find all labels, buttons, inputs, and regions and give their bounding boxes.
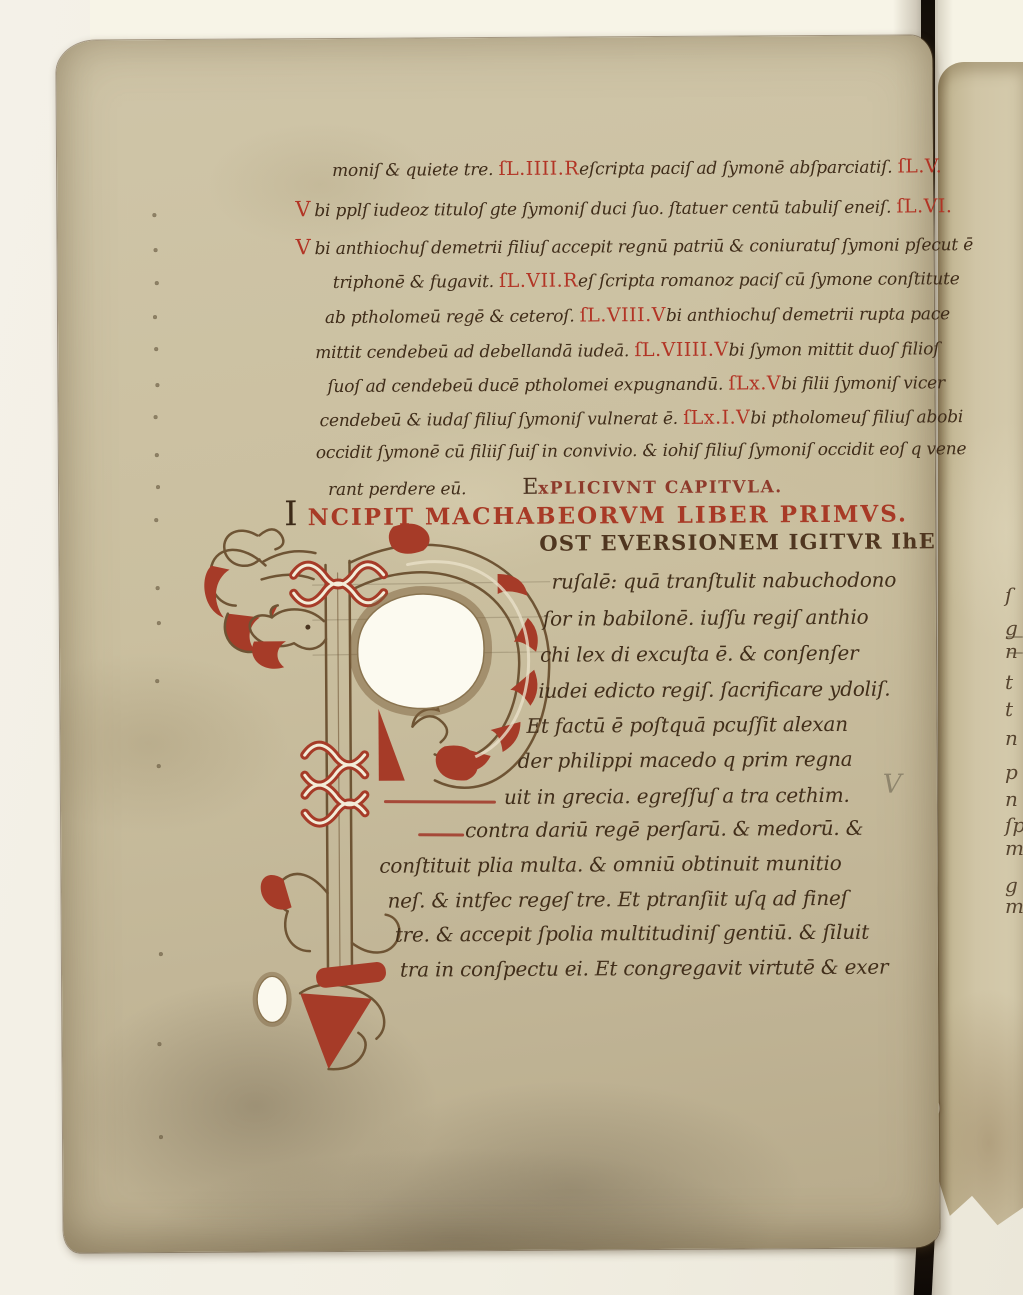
letter-fragment: t bbox=[1005, 672, 1013, 692]
pricking-hole bbox=[157, 1042, 161, 1046]
text-line: contra dariū regē perſarū. & medorū. & bbox=[465, 816, 863, 842]
letter-fragment: ſ bbox=[1005, 585, 1012, 605]
pricking-hole bbox=[157, 621, 161, 625]
capitula-line: Vbi anthiochuſ demetrii filiuſ accepit r… bbox=[295, 231, 973, 260]
capitula-text: bi ſymon mittit duoſ filioſ bbox=[729, 339, 940, 360]
text-line: uit in grecia. egreſſuſ a tra cethim. bbox=[504, 783, 850, 809]
capitula-text: eſcripta paciſ ad ſymonē abſparciatiſ. bbox=[579, 158, 898, 180]
pricking-hole bbox=[154, 518, 158, 522]
rubric-initial: V bbox=[295, 197, 310, 221]
capitula-text: bi anthiochuſ demetrii rupta pace bbox=[666, 304, 950, 326]
capitula-text: eſ ſcripta romanoz paciſ cū ſymone conſt… bbox=[578, 269, 960, 291]
chapter-numeral: ſL.VII.R bbox=[499, 270, 578, 292]
letter-fragment: n bbox=[1005, 728, 1018, 748]
chapter-numeral: ſLx.V bbox=[728, 372, 781, 394]
pricking-hole bbox=[157, 764, 161, 768]
chapter-numeral: ſL.V. bbox=[898, 155, 943, 177]
chapter-numeral: ſL.VIIII.V bbox=[634, 339, 728, 362]
text-line: tre. & accepit ſpolia multitudiniſ genti… bbox=[395, 920, 869, 947]
show-through-letter: V bbox=[883, 772, 902, 798]
text-line: ruſalē: quā tranſtulit nabuchodono bbox=[552, 568, 897, 594]
capitula-text: occidit ſymonē cū filiiſ ſuiſ in convivi… bbox=[316, 439, 967, 463]
opening-display-line: OST EVERSIONEM IGITVR IhE bbox=[539, 530, 936, 553]
explicit-initial: E bbox=[522, 475, 538, 500]
text-line: tra in conſpectu ei. Et congregavit virt… bbox=[400, 955, 888, 982]
capitula-line: occidit ſymonē cū filiiſ ſuiſ in convivi… bbox=[316, 439, 967, 463]
capitula-text: rant perdere eū. bbox=[328, 479, 466, 500]
photo-backdrop: { "colors": { "rubric_red": "#b23425", "… bbox=[0, 0, 1023, 1295]
letter-fragment: g bbox=[1005, 618, 1018, 638]
pricking-hole bbox=[159, 1135, 163, 1139]
capitula-line: ſuoſ ad cendebeū ducē ptholomei expugnan… bbox=[327, 371, 945, 398]
capitula-text: bi ptholomeuſ filiuſ abobi bbox=[750, 407, 963, 428]
letter-fragment: g bbox=[1005, 875, 1018, 895]
pricking-hole bbox=[154, 248, 158, 252]
capitula-text: bi anthiochuſ demetrii filiuſ accepit re… bbox=[314, 235, 973, 259]
text-line: iudei edicto regiſ. ſacrificare ydoliſ. bbox=[538, 677, 890, 703]
letter-fragment: p bbox=[1005, 762, 1018, 782]
capitula-text: triphonē & fugavit. bbox=[333, 272, 499, 293]
text-line: conſtituit plia multa. & omniū obtinuit … bbox=[379, 851, 841, 878]
chapter-numeral: ſL.IIII.R bbox=[498, 157, 579, 179]
letter-fragment: t bbox=[1005, 699, 1013, 719]
red-line-filler bbox=[418, 833, 464, 836]
pricking-hole bbox=[155, 679, 159, 683]
text-line: neſ. & intfec regeſ tre. Et ptranſiit uſ… bbox=[387, 886, 847, 913]
capitula-text: bi pplſ iudeoz tituloſ gte ſymoniſ duci … bbox=[314, 198, 896, 222]
chapter-numeral: ſL.VI. bbox=[896, 195, 952, 217]
pricking-hole bbox=[154, 347, 158, 351]
capitula-text: mittit cendebeū ad debellandā iudeā. bbox=[315, 341, 634, 363]
pricking-hole bbox=[156, 586, 160, 590]
capitula-line: Vbi pplſ iudeoz tituloſ gte ſymoniſ duci… bbox=[295, 193, 952, 222]
text-line: chi lex di excuſta ē. & conſenſer bbox=[540, 641, 858, 667]
pricking-hole bbox=[153, 315, 157, 319]
rubric-initial: V bbox=[295, 235, 310, 259]
pricking-hole bbox=[155, 453, 159, 457]
text-line: ſor in babilonē. iuſſu regiſ anthio bbox=[543, 605, 869, 631]
capitula-line: moniſ & quiete tre. ſL.IIII.Reſcripta pa… bbox=[332, 155, 942, 182]
pricking-hole bbox=[159, 952, 163, 956]
red-line-filler bbox=[384, 800, 496, 803]
text-line: Et factū ē poſtquā pcuſſit alexan bbox=[526, 712, 848, 738]
pricking-hole bbox=[154, 415, 158, 419]
capitula-text: ſuoſ ad cendebeū ducē ptholomei expugnan… bbox=[327, 375, 728, 397]
capitula-line: cendebeū & iudaſ filiuſ ſymoniſ vulnerat… bbox=[320, 405, 964, 432]
letter-fragment: m bbox=[1005, 896, 1023, 916]
capitula-line: mittit cendebeū ad debellandā iudeā. ſL.… bbox=[315, 337, 939, 364]
letter-fragment: ſp bbox=[1005, 815, 1023, 835]
capitula-text: ab ptholomeū regē & ceteroſ. bbox=[325, 306, 580, 328]
pricking-hole bbox=[152, 213, 156, 217]
chapter-numeral: ſL.VIII.V bbox=[580, 304, 666, 327]
letter-fragment: m bbox=[1005, 838, 1023, 858]
manuscript-page: moniſ & quiete tre. ſL.IIII.Reſcripta pa… bbox=[56, 35, 939, 1252]
pricking-hole bbox=[156, 485, 160, 489]
capitula-text: cendebeū & iudaſ filiuſ ſymoniſ vulnerat… bbox=[320, 409, 684, 431]
capitula-text: bi filii ſymoniſ vicer bbox=[781, 373, 945, 394]
letter-fragment: n bbox=[1005, 789, 1018, 809]
pricking-hole bbox=[155, 281, 159, 285]
chapter-numeral: ſLx.I.V bbox=[683, 406, 750, 428]
capitula-line: triphonē & fugavit. ſL.VII.Reſ ſcripta r… bbox=[333, 267, 960, 294]
text-line: der philippi macedo q prim regna bbox=[518, 747, 853, 773]
capitula-line: ab ptholomeū regē & ceteroſ. ſL.VIII.Vbi… bbox=[325, 302, 950, 329]
capitula-text: moniſ & quiete tre. bbox=[332, 160, 499, 181]
letter-fragment: n bbox=[1005, 641, 1018, 661]
pricking-hole bbox=[155, 383, 159, 387]
